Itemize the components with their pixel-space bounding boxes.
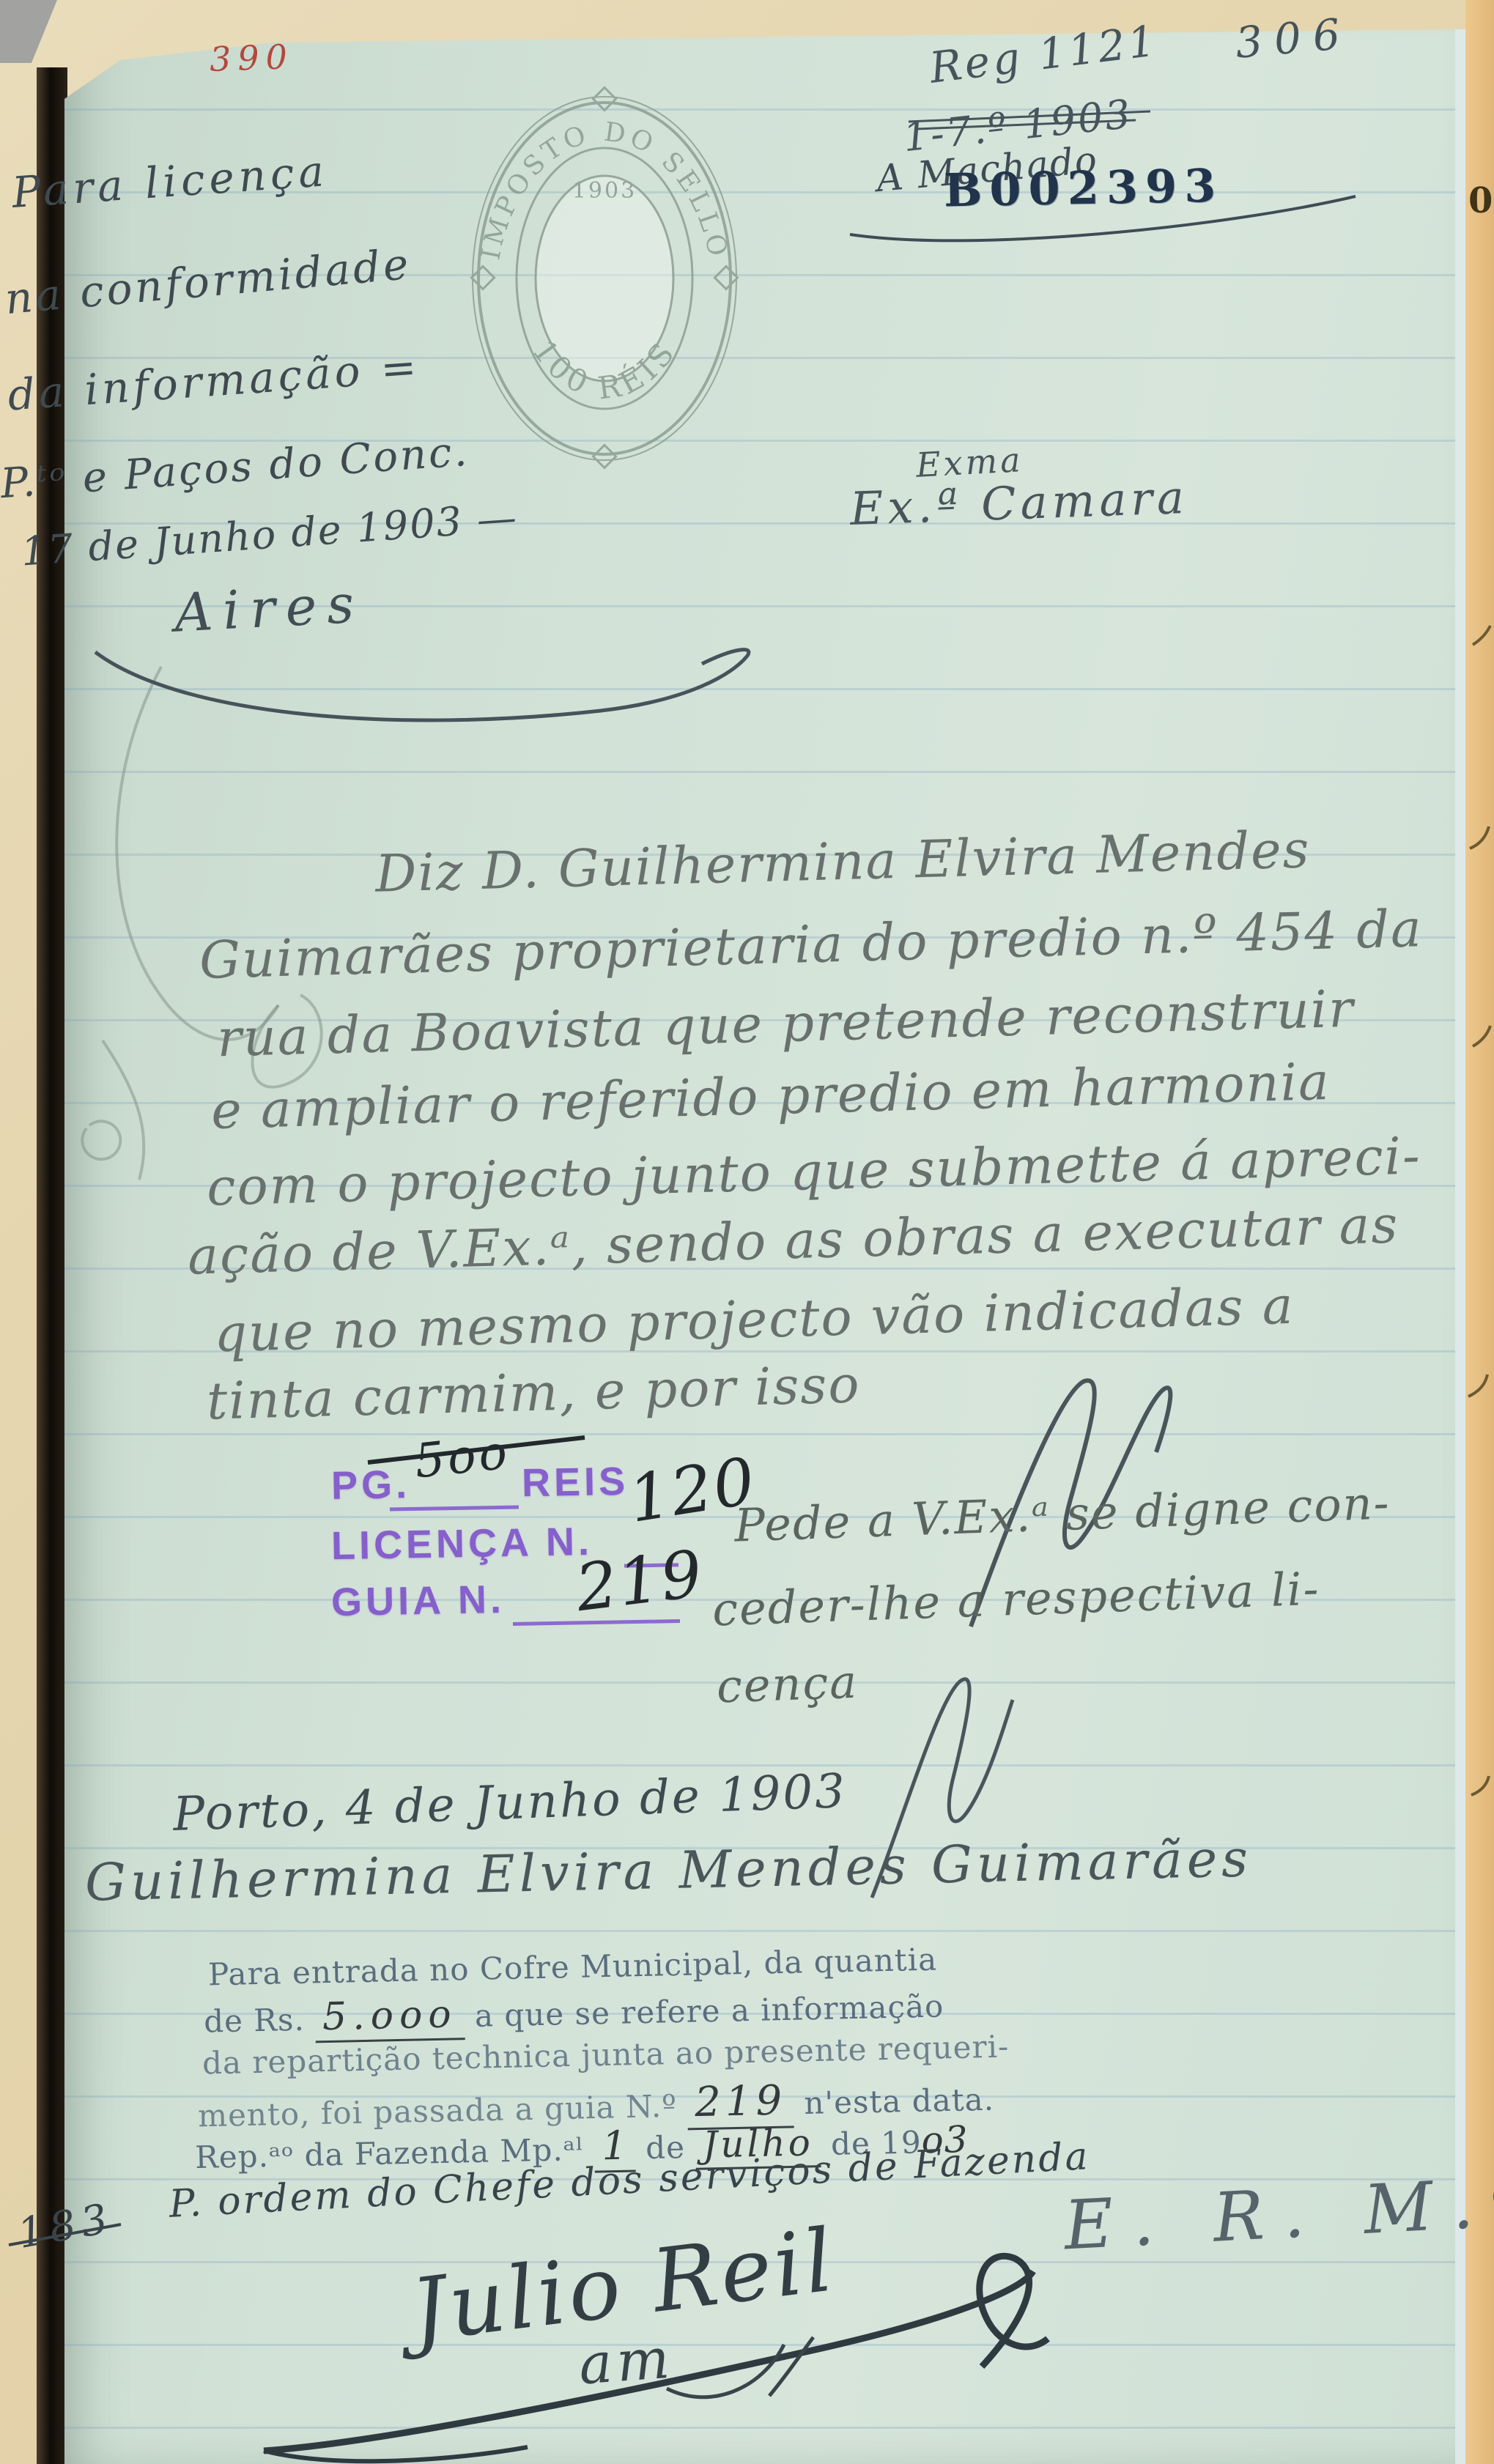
closing-formula: E. R. M.ᶜᵉ	[1062, 2160, 1494, 2265]
fee-stamp-guia-label: GUIA N.	[330, 1577, 505, 1625]
tax-stamp-seal: IMPOSTO DO SELLO 1903 100 RÉIS	[462, 89, 747, 467]
body-line-1: Diz D. Guilhermina Elvira Mendes	[374, 819, 1311, 903]
serial-number-stamp: B002393	[943, 159, 1223, 218]
guia-number-value: 219	[572, 1536, 707, 1626]
body-line-8: tinta carmim, e por isso	[206, 1354, 861, 1431]
addressee-title: Ex.ª Camara	[849, 470, 1189, 536]
margin-note-line-1: Para licença	[10, 146, 330, 218]
document-scan: 0 390 306 Reg 1121 1-7.º 1903 A Machado …	[0, 0, 1494, 2464]
petition-line-1: Pede a V.Ex.ᵃ se digne con-	[733, 1476, 1391, 1552]
svg-text:1903: 1903	[572, 178, 637, 204]
petitioner-signature: Guilhermina Elvira Mendes Guimarães	[84, 1828, 1252, 1912]
margin-note-line-2: na conformidade	[3, 239, 413, 324]
folio-number-red: 390	[209, 37, 295, 79]
page-number: 306	[1233, 8, 1353, 68]
treasury-line-2-pre: de Rs.	[204, 2002, 306, 2040]
body-line-4: e ampliar o referido predio em harmonia	[210, 1051, 1331, 1141]
secondary-signature-tail	[659, 2330, 821, 2418]
bottom-left-number-strike	[7, 2220, 125, 2249]
registry-number: Reg 1121	[927, 15, 1161, 93]
margin-note-line-3: da informação =	[6, 341, 421, 420]
margin-note-line-4: P.ᵗᵒ e Paços do Conc.	[0, 428, 470, 508]
treasury-line-2-post: a que se refere a informação	[474, 1988, 944, 2033]
treasury-amount-value: 5.ooo	[314, 1992, 465, 2043]
fee-stamp-pg-label: PG.	[330, 1462, 410, 1509]
ink-layer: 390 306 Reg 1121 1-7.º 1903 A Machado B0…	[0, 0, 1494, 2464]
dateline: Porto, 4 de Junho de 1903	[172, 1764, 848, 1842]
fee-stamp-licenca-label: LICENÇA N.	[330, 1519, 593, 1569]
body-line-2: Guimarães proprietaria do predio n.º 454…	[199, 898, 1423, 991]
petition-line-2: ceder-lhe a respectiva li-	[711, 1562, 1321, 1637]
petition-line-3: cença	[716, 1655, 859, 1714]
margin-signature-flourish	[73, 623, 769, 733]
fee-paid-strike	[365, 1430, 592, 1467]
margin-note-date: 17 de Junho de 1903 —	[20, 494, 519, 574]
